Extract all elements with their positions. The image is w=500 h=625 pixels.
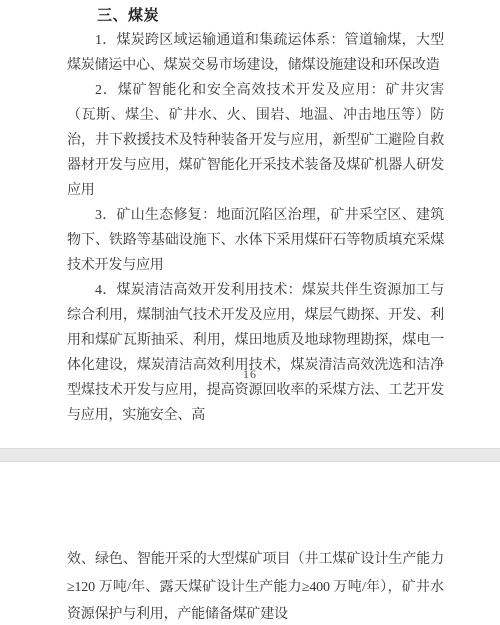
page-separator [0,448,500,462]
page-17-body: 效、绿色、智能开采的大型煤矿项目（井工煤矿设计生产能力≥120 万吨/年、露天煤… [67,546,444,625]
paragraph-item-2: 2．煤矿智能化和安全高效技术开发及应用：矿井灾害（瓦斯、煤尘、矿井水、火、围岩、… [67,78,444,203]
section-heading: 三、煤炭 [97,4,444,28]
paragraph-item-4: 4．煤炭清洁高效开发利用技术：煤炭共伴生资源加工与综合利用，煤制油气技术开发及应… [67,278,444,428]
paragraph-item-1: 1．煤炭跨区域运输通道和集疏运体系：管道输煤，大型煤炭储运中心、煤炭交易市场建设… [67,28,444,78]
page-number: 16 [0,367,500,382]
document-page-17: 效、绿色、智能开采的大型煤矿项目（井工煤矿设计生产能力≥120 万吨/年、露天煤… [0,462,500,625]
paragraph-continuation: 效、绿色、智能开采的大型煤矿项目（井工煤矿设计生产能力≥120 万吨/年、露天煤… [67,546,444,625]
document-viewer: 三、煤炭 1．煤炭跨区域运输通道和集疏运体系：管道输煤，大型煤炭储运中心、煤炭交… [0,0,500,625]
document-page-16: 三、煤炭 1．煤炭跨区域运输通道和集疏运体系：管道输煤，大型煤炭储运中心、煤炭交… [0,0,500,448]
paragraph-item-3: 3．矿山生态修复：地面沉陷区治理，矿井采空区、建筑物下、铁路等基础设施下、水体下… [67,203,444,278]
